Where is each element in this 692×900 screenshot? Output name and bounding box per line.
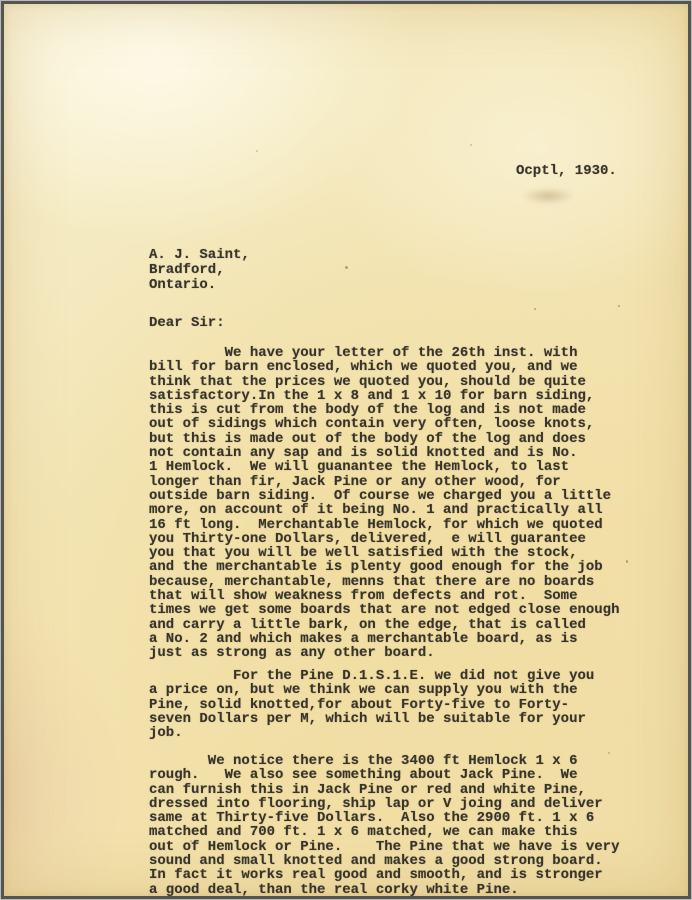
letter-line: longer than fir, Jack Pine or any other … (149, 475, 619, 489)
letter-line: a price on, but we think we can supply y… (149, 683, 594, 697)
letter-line: you Thirty-one Dollars, delivered, e wil… (149, 532, 619, 546)
paper-speck (190, 840, 192, 842)
letter-line: think that the prices we quoted you, sho… (149, 375, 619, 389)
letter-line: out of sidings which contain very often,… (149, 417, 619, 431)
letter-line: out of Hemlock or Pine. The Pine that we… (149, 840, 619, 854)
date-line: Ocptl, 1930. (516, 164, 617, 178)
letter-line: times we get some boards that are not ed… (149, 603, 619, 617)
ink-smudge (522, 188, 574, 204)
letter-line: job. (149, 726, 594, 740)
paper-speck (534, 308, 536, 310)
letter-line: 16 ft long. Merchantable Hemlock, for wh… (149, 518, 619, 532)
recipient-name: A. J. Saint, (149, 248, 250, 263)
recipient-province: Ontario. (149, 278, 250, 293)
letter-line: bill for barn enclosed, which we quoted … (149, 360, 619, 374)
paper-speck (626, 560, 628, 563)
paper-speck (608, 752, 610, 754)
body-paragraph-3: We notice there is the 3400 ft Hemlock 1… (149, 754, 619, 897)
recipient-address: A. J. Saint, Bradford, Ontario. (149, 248, 250, 294)
paper-speck (345, 266, 348, 269)
letter-line: 1 Hemlock. We will guanantee the Hemlock… (149, 460, 619, 474)
letter-line: but this is made out of the body of the … (149, 432, 619, 446)
letter-line: Pine, solid knotted,for about Forty-five… (149, 698, 594, 712)
paper-speck (256, 150, 258, 152)
body-paragraph-2: For the Pine D.1.S.1.E. we did not give … (149, 669, 594, 740)
letter-scan: Ocptl, 1930. A. J. Saint, Bradford, Onta… (0, 0, 692, 900)
letter-paper: Ocptl, 1930. A. J. Saint, Bradford, Onta… (4, 4, 688, 896)
letter-line: because, merchantable, menns that there … (149, 575, 619, 589)
letter-line: and the merchantable is plenty good enou… (149, 560, 619, 574)
letter-line: matched and 700 ft. 1 x 6 matched, we ca… (149, 825, 619, 839)
letter-line: seven Dollars per M, which will be suita… (149, 712, 594, 726)
letter-line: a good deal, than the real corky white P… (149, 883, 619, 897)
body-paragraph-1: We have your letter of the 26th inst. wi… (149, 346, 619, 661)
letter-line: more, on account of it being No. 1 and p… (149, 503, 619, 517)
letter-line: rough. We also see something about Jack … (149, 768, 619, 782)
paper-speck (618, 305, 620, 307)
letter-line: In fact it works real good and smooth, a… (149, 868, 619, 882)
letter-line: and carry a little bark, on the edge, th… (149, 618, 619, 632)
salutation: Dear Sir: (149, 316, 225, 330)
letter-line: can furnish this in Jack Pine or red and… (149, 783, 619, 797)
paper-speck (470, 144, 472, 146)
letter-line: just as strong as any other board. (149, 646, 619, 660)
